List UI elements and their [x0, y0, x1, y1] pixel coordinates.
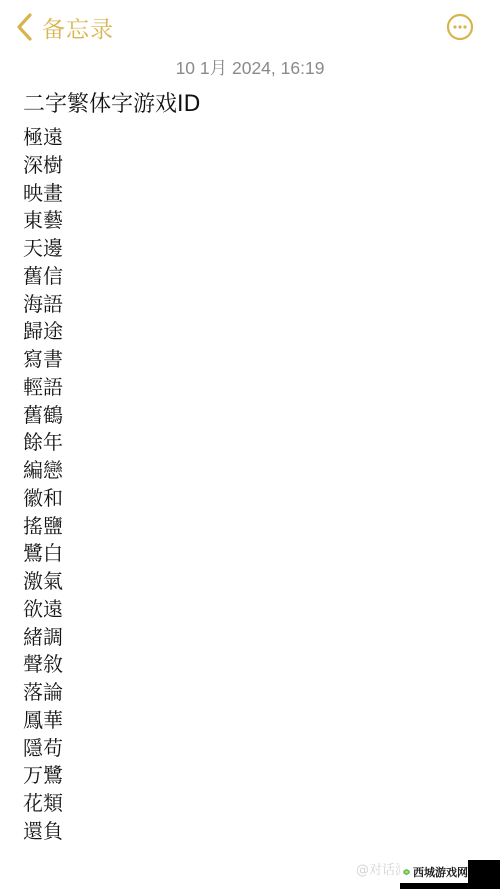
note-line: 搖鹽 — [23, 513, 63, 541]
note-line: 海語 — [23, 291, 63, 319]
back-button[interactable]: 备忘录 — [14, 10, 114, 44]
note-line: 寫書 — [23, 346, 63, 374]
note-line: 欲遠 — [23, 596, 63, 624]
note-line: 深樹 — [23, 152, 63, 180]
note-line: 激氣 — [23, 568, 63, 596]
chevron-left-icon — [14, 12, 36, 42]
watermark-site-label: 西城游戏网 — [413, 864, 468, 880]
note-line: 舊鶴 — [23, 402, 63, 430]
ellipsis-circle-icon — [446, 13, 474, 41]
note-line: 餘年 — [23, 429, 63, 457]
note-line: 聲敘 — [23, 651, 63, 679]
note-line: 極遠 — [23, 124, 63, 152]
note-line: 舊信 — [23, 263, 63, 291]
note-line: 鷺白 — [23, 540, 63, 568]
back-label: 备忘录 — [42, 11, 114, 44]
site-logo-icon — [403, 864, 410, 880]
note-line: 天邊 — [23, 235, 63, 263]
note-line: 映畫 — [23, 180, 63, 208]
more-options-button[interactable] — [446, 13, 474, 41]
note-line: 鳳華 — [23, 707, 63, 735]
watermark-badge: 西城游戏网 — [400, 860, 500, 889]
note-line: 東藝 — [23, 207, 63, 235]
note-line: 落論 — [23, 679, 63, 707]
note-line: 隱苟 — [23, 735, 63, 763]
note-line: 還負 — [23, 818, 63, 846]
navigation-bar: 备忘录 — [0, 0, 500, 56]
note-body[interactable]: 極遠 深樹 映畫 東藝 天邊 舊信 海語 歸途 寫書 輕語 舊鶴 餘年 編戀 徽… — [23, 124, 63, 846]
note-line: 万鷺 — [23, 762, 63, 790]
note-title[interactable]: 二字繁体字游戏ID — [23, 87, 200, 118]
note-line: 花類 — [23, 790, 63, 818]
watermark-badge-inner: 西城游戏网 — [400, 860, 468, 883]
note-timestamp: 10 1月 2024, 16:19 — [0, 55, 500, 80]
note-line: 輕語 — [23, 374, 63, 402]
note-line: 編戀 — [23, 457, 63, 485]
note-line: 緒調 — [23, 624, 63, 652]
note-line: 徽和 — [23, 485, 63, 513]
note-line: 歸途 — [23, 318, 63, 346]
